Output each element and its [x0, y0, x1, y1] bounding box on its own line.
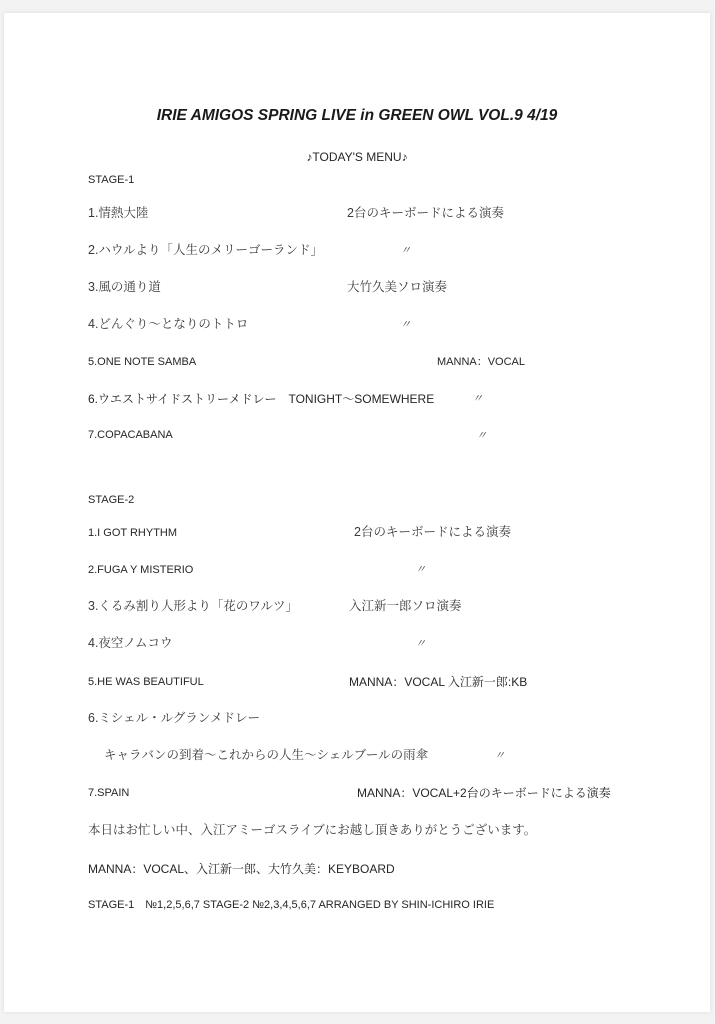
stage1-item-5-title: 5.ONE NOTE SAMBA: [88, 357, 196, 368]
stage1-item-1-note: 2台のキーボードによる演奏: [347, 207, 504, 220]
stage2-item-4-title: 4.夜空ノムコウ: [88, 637, 173, 650]
stage2-item-1-note: 2台のキーボードによる演奏: [354, 526, 511, 539]
credits-line: STAGE-1 №1,2,5,6,7 STAGE-2 №2,3,4,5,6,7 …: [88, 900, 494, 911]
stage1-item-6-title: 6.ウエストサイドストリーメドレー TONIGHT～SOMEWHERE: [88, 393, 434, 405]
stage2-item-3-title: 3.くるみ割り人形より「花のワルツ」: [88, 600, 298, 613]
stage2-item-1-title: 1.I GOT RHYTHM: [88, 528, 177, 539]
stage2-item-7-title: 7.SPAIN: [88, 788, 129, 799]
stage2-item-6-note: 〃: [494, 751, 505, 762]
stage1-item-3-title: 3.風の通り道: [88, 281, 161, 294]
document-page: IRIE AMIGOS SPRING LIVE in GREEN OWL VOL…: [4, 13, 710, 1012]
stage2-item-5-title: 5.HE WAS BEAUTIFUL: [88, 677, 204, 688]
stage1-item-5-note: MANNA：VOCAL: [437, 357, 525, 368]
stage1-item-7-title: 7.COPACABANA: [88, 430, 173, 441]
stage1-heading: STAGE-1: [88, 175, 134, 186]
stage2-item-4-note: 〃: [415, 639, 426, 650]
stage1-item-2-note: 〃: [400, 246, 411, 257]
stage2-item-3-note: 入江新一郎ソロ演奏: [349, 600, 462, 613]
stage1-item-4-note: 〃: [400, 320, 411, 331]
stage2-item-2-title: 2.FUGA Y MISTERIO: [88, 565, 193, 576]
stage1-item-6-note: 〃: [472, 394, 483, 405]
thanks-message: 本日はお忙しい中、入江アミーゴスライブにお越し頂きありがとうございます。: [88, 824, 536, 837]
stage1-item-4-title: 4.どんぐり～となりのトトロ: [88, 318, 248, 331]
stage1-item-2-title: 2.ハウルより「人生のメリーゴーランド」: [88, 244, 323, 257]
stage2-heading: STAGE-2: [88, 495, 134, 506]
stage2-item-6-title: 6.ミシェル・ルグランメドレー: [88, 712, 260, 725]
stage1-item-1-title: 1.情熱大陸: [88, 207, 148, 220]
stage1-item-3-note: 大竹久美ソロ演奏: [347, 281, 447, 294]
page-subtitle: ♪TODAY'S MENU♪: [4, 151, 710, 163]
stage2-item-2-note: 〃: [415, 565, 426, 576]
stage1-item-7-note: 〃: [476, 431, 487, 442]
stage2-item-7-note: MANNA：VOCAL+2台のキーボードによる演奏: [357, 787, 611, 799]
stage2-item-5-note: MANNA：VOCAL 入江新一郎:KB: [349, 676, 527, 688]
members-line: MANNA：VOCAL、入江新一郎、大竹久美：KEYBOARD: [88, 863, 395, 875]
page-title: IRIE AMIGOS SPRING LIVE in GREEN OWL VOL…: [4, 108, 710, 124]
stage2-item-6-subtitle: キャラバンの到着～これからの人生～シェルブールの雨傘: [104, 749, 428, 762]
